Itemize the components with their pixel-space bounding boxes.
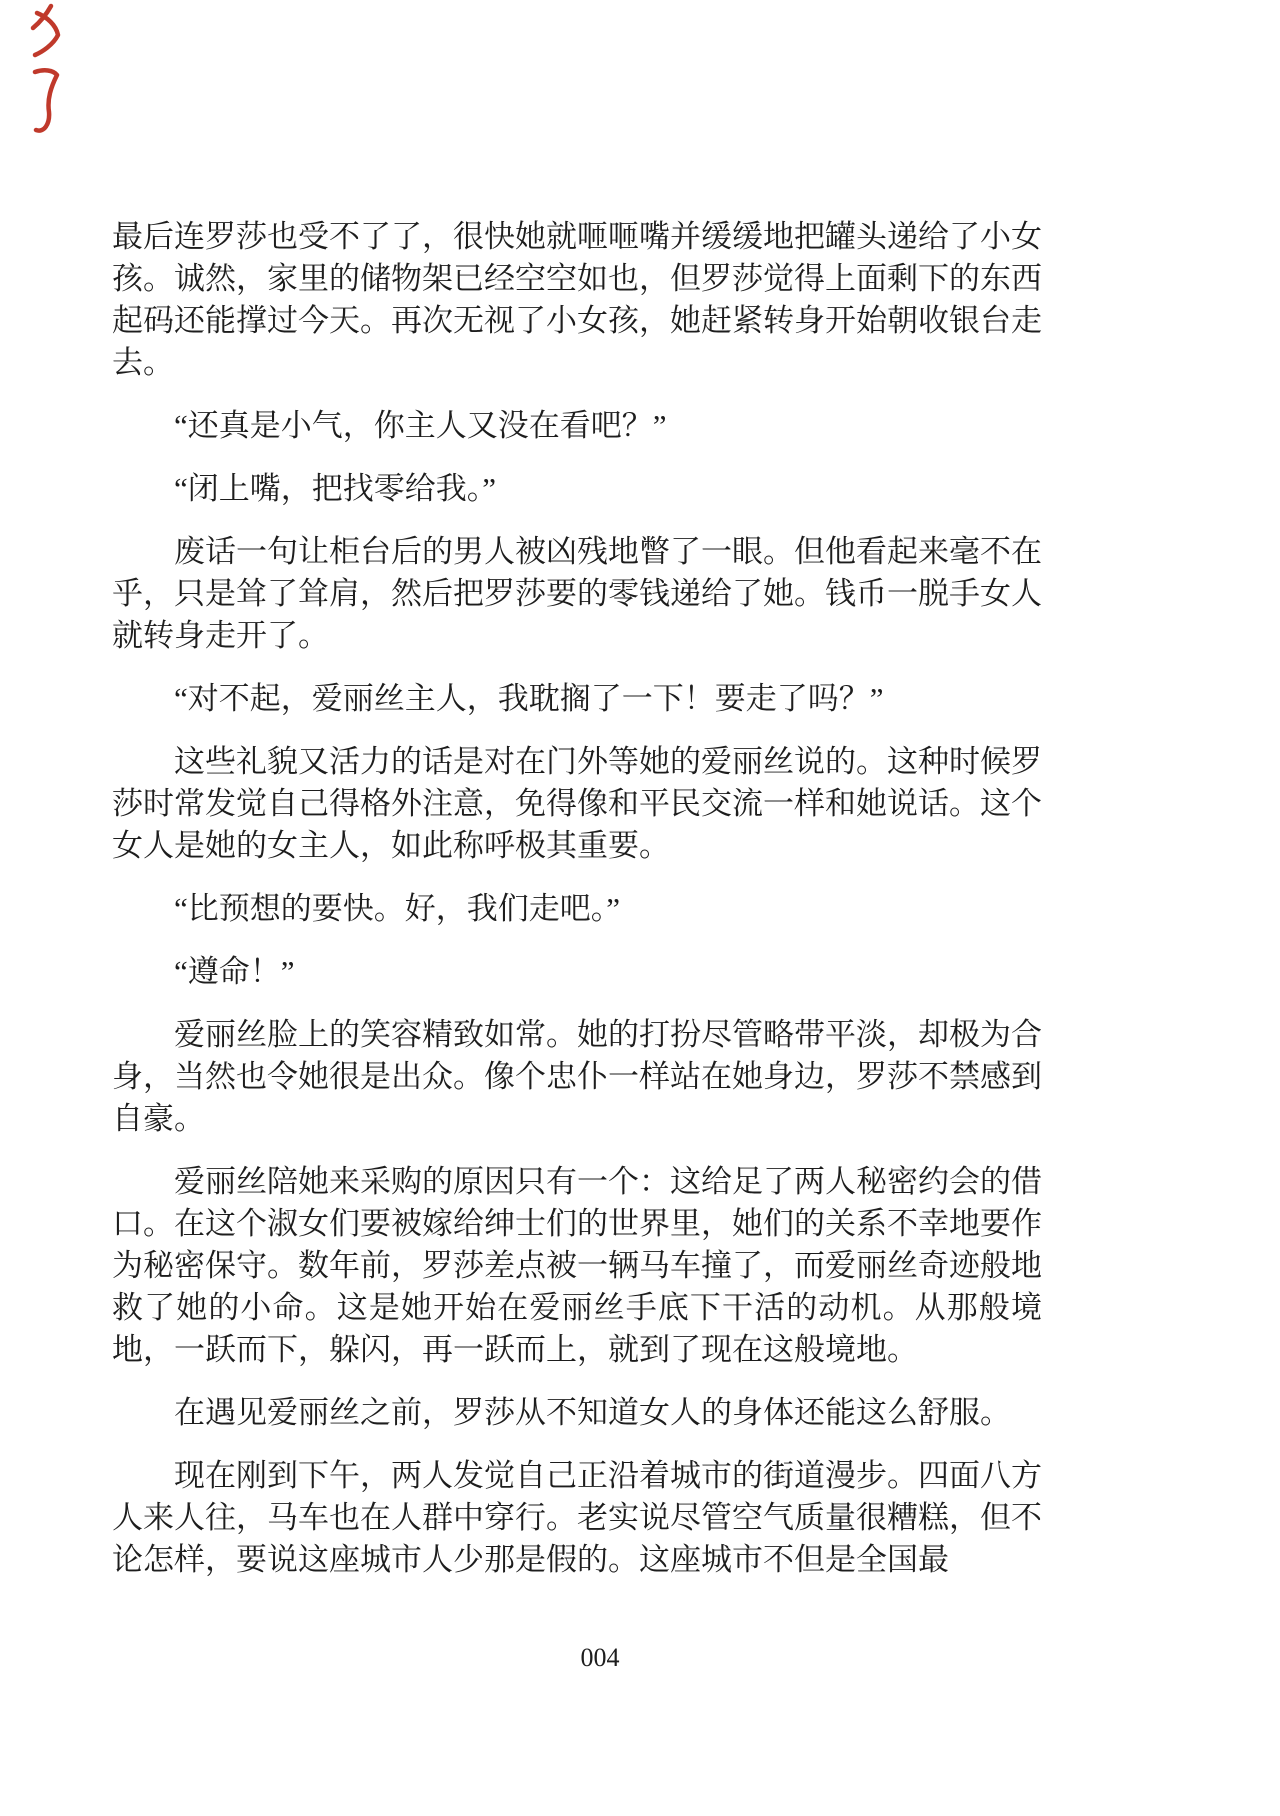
page-number: 004 (0, 1641, 1200, 1675)
dialogue-paragraph: “比预想的要快。好，我们走吧。” (112, 888, 1042, 930)
book-page: 最后连罗莎也受不了了，很快她就咂咂嘴并缓缓地把罐头递给了小女孩。诚然，家里的储物… (0, 0, 1280, 1816)
page-content: 最后连罗莎也受不了了，很快她就咂咂嘴并缓缓地把罐头递给了小女孩。诚然，家里的储物… (112, 216, 1042, 1602)
paragraph: 这些礼貌又活力的话是对在门外等她的爱丽丝说的。这种时候罗莎时常发觉自己得格外注意… (112, 741, 1042, 867)
paragraph: 最后连罗莎也受不了了，很快她就咂咂嘴并缓缓地把罐头递给了小女孩。诚然，家里的储物… (112, 216, 1042, 384)
paragraph: 爱丽丝陪她来采购的原因只有一个：这给足了两人秘密约会的借口。在这个淑女们要被嫁给… (112, 1161, 1042, 1371)
dialogue-paragraph: “遵命！” (112, 951, 1042, 993)
red-ink-scribble-icon (26, 2, 68, 142)
dialogue-paragraph: “还真是小气，你主人又没在看吧？” (112, 405, 1042, 447)
paragraph: 废话一句让柜台后的男人被凶残地瞥了一眼。但他看起来毫不在乎，只是耸了耸肩，然后把… (112, 531, 1042, 657)
paragraph: 爱丽丝脸上的笑容精致如常。她的打扮尽管略带平淡，却极为合身，当然也令她很是出众。… (112, 1014, 1042, 1140)
dialogue-paragraph: “对不起，爱丽丝主人，我耽搁了一下！要走了吗？” (112, 678, 1042, 720)
paragraph: 现在刚到下午，两人发觉自己正沿着城市的街道漫步。四面八方人来人往，马车也在人群中… (112, 1455, 1042, 1581)
paragraph: 在遇见爱丽丝之前，罗莎从不知道女人的身体还能这么舒服。 (112, 1392, 1042, 1434)
dialogue-paragraph: “闭上嘴，把找零给我。” (112, 468, 1042, 510)
